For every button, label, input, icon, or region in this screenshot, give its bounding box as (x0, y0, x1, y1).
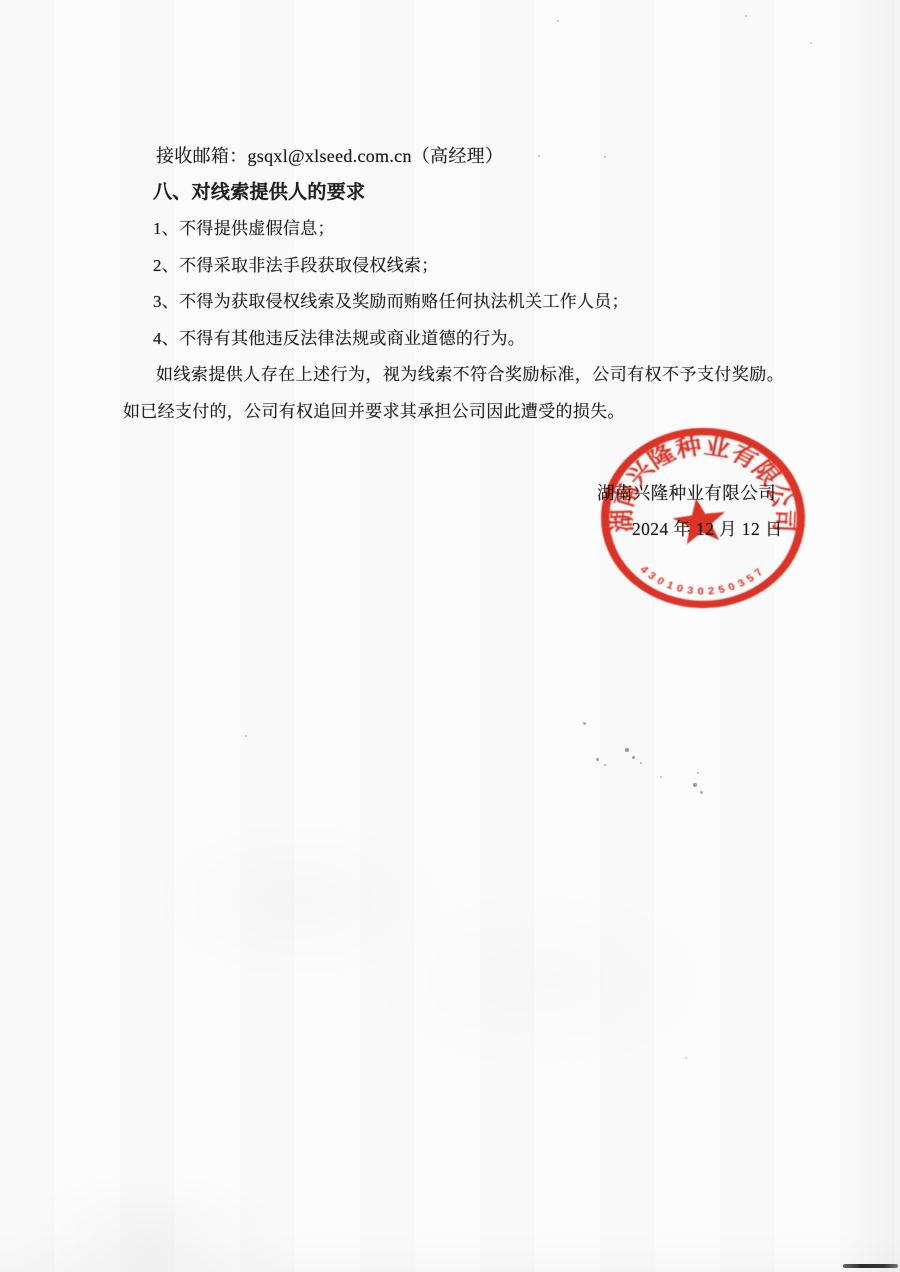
noise-speck (700, 791, 703, 794)
scan-edge-mark (843, 1264, 898, 1268)
noise-speck (245, 735, 247, 737)
noise-speck (557, 20, 559, 22)
noise-speck (697, 772, 699, 774)
section-heading: 八、对线索提供人的要求 (123, 175, 813, 212)
noise-speck (693, 783, 697, 787)
company-seal-stamp: 湖南兴隆种业有限公司 4301030250357 (600, 427, 806, 609)
scanned-document-page: 接收邮箱：gsqxl@xlseed.com.cn（高经理）八、对线索提供人的要求… (0, 0, 900, 1272)
noise-speck (685, 1057, 687, 1059)
noise-speck (604, 764, 606, 766)
noise-speck (640, 762, 642, 764)
noise-speck (625, 748, 629, 752)
noise-speck (660, 776, 662, 778)
noise-speck (596, 758, 599, 761)
noise-speck (810, 42, 812, 44)
document-line: 4、不得有其他违反法律法规或商业道德的行为。 (123, 321, 813, 358)
star-icon (670, 495, 729, 545)
noise-speck (745, 15, 747, 17)
document-line: 如已经支付的，公司有权追回并要求其承担公司因此遭受的损失。 (123, 394, 813, 431)
document-body: 接收邮箱：gsqxl@xlseed.com.cn（高经理）八、对线索提供人的要求… (123, 138, 813, 430)
noise-speck (632, 756, 635, 759)
document-line: 接收邮箱：gsqxl@xlseed.com.cn（高经理） (123, 138, 813, 175)
document-line: 3、不得为获取侵权线索及奖励而贿赂任何执法机关工作人员； (123, 284, 813, 321)
document-line: 2、不得采取非法手段获取侵权线索； (123, 248, 813, 285)
document-line: 1、不得提供虚假信息； (123, 211, 813, 248)
noise-speck (583, 722, 586, 725)
document-line: 如线索提供人存在上述行为，视为线索不符合奖励标准，公司有权不予支付奖励。 (123, 357, 813, 394)
